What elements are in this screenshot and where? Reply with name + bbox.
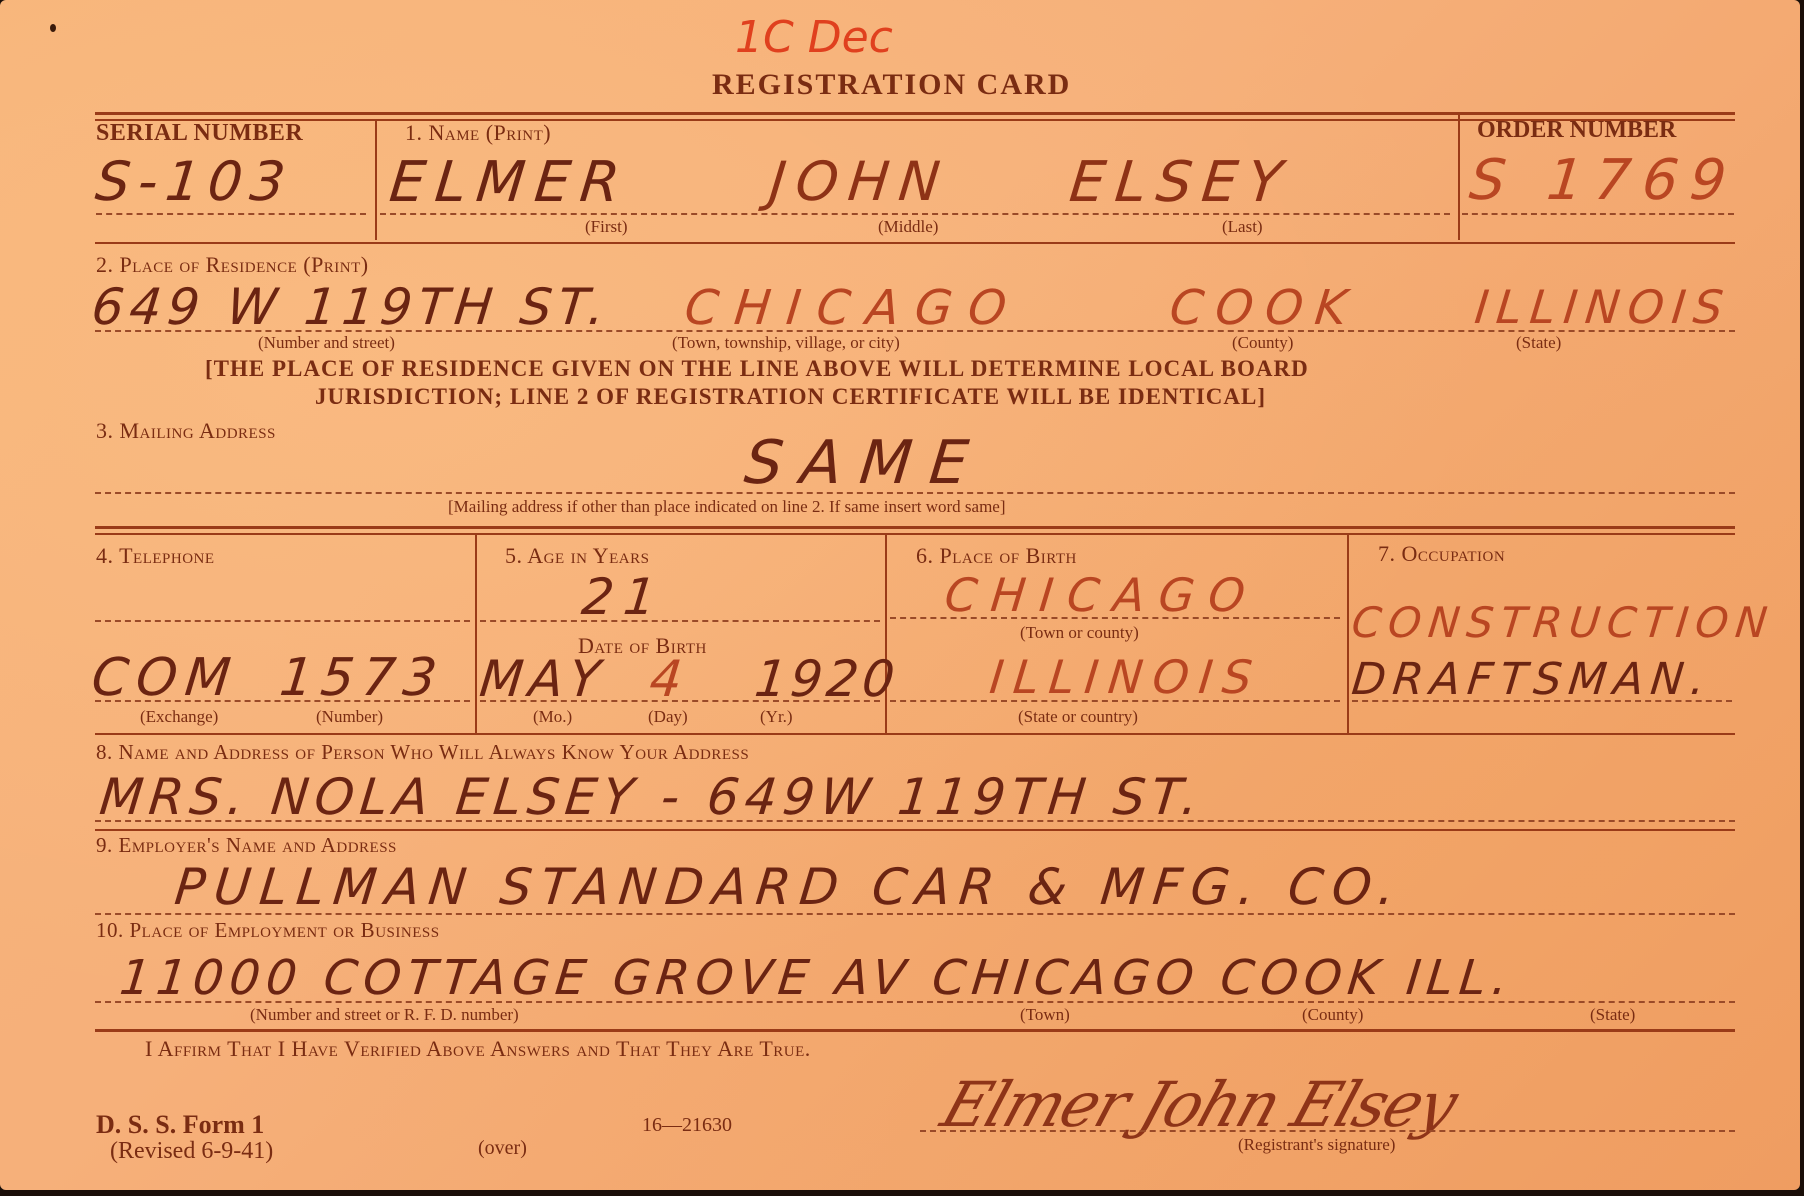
residence-line <box>95 330 1735 332</box>
residence-notice-1: [THE PLACE OF RESIDENCE GIVEN ON THE LIN… <box>205 356 1309 382</box>
employment-sub-town: (Town) <box>1020 1005 1070 1025</box>
telephone-sub-number: (Number) <box>316 707 383 727</box>
contact-bottom-rule <box>95 829 1735 831</box>
print-code: 16—21630 <box>642 1114 732 1137</box>
employment-sub-state: (State) <box>1590 1005 1635 1025</box>
birthplace-sub-state: (State or country) <box>1018 707 1138 727</box>
contact-value: MRS. NOLA ELSEY - 649W 119TH ST. <box>97 768 1207 826</box>
telephone-line-1 <box>95 620 470 622</box>
card-title: REGISTRATION CARD <box>712 68 1071 102</box>
residence-notice-2: JURISDICTION; LINE 2 OF REGISTRATION CER… <box>315 384 1266 410</box>
name-middle: JOHN <box>767 150 953 213</box>
name-line <box>380 213 1450 215</box>
residence-label: 2. Place of Residence (Print) <box>96 252 369 278</box>
residence-sub-county: (County) <box>1232 333 1293 353</box>
age-label: 5. Age in Years <box>505 543 649 569</box>
signature-line <box>920 1130 1735 1132</box>
mailing-note: [Mailing address if other than place ind… <box>448 497 1006 517</box>
employment-sub-county: (County) <box>1302 1005 1363 1025</box>
residence-sub-state: (State) <box>1516 333 1561 353</box>
occupation-label: 7. Occupation <box>1378 541 1505 567</box>
employer-value: PULLMAN STANDARD CAR & MFG. CO. <box>172 858 1407 916</box>
mailing-line <box>95 492 1735 494</box>
name-first: ELMER <box>387 150 633 215</box>
residence-state: ILLINOIS <box>1472 280 1733 334</box>
employer-label: 9. Employer's Name and Address <box>96 833 397 858</box>
birthplace-line-2 <box>890 700 1340 702</box>
occupation-line-1: CONSTRUCTION <box>1349 598 1776 647</box>
dob-sub-day: (Day) <box>648 707 688 727</box>
name-sub-first: (First) <box>585 217 628 237</box>
age-line <box>480 620 880 622</box>
mailing-bottom-rule-2 <box>95 533 1735 535</box>
order-value: S 1769 <box>1467 148 1742 213</box>
telephone-label: 4. Telephone <box>96 543 215 569</box>
dob-sub-year: (Yr.) <box>760 707 793 727</box>
registration-card: 1C Dec REGISTRATION CARD SERIAL NUMBER S… <box>0 0 1800 1190</box>
name-last: ELSEY <box>1067 150 1296 215</box>
residence-county: COOK <box>1167 280 1361 336</box>
birthplace-line-1 <box>890 617 1340 619</box>
occupation-line <box>1352 700 1732 702</box>
mailing-label: 3. Mailing Address <box>96 418 276 444</box>
order-label: ORDER NUMBER <box>1477 117 1676 144</box>
birthplace-sub-town: (Town or county) <box>1020 623 1139 643</box>
name-sub-last: (Last) <box>1222 217 1263 237</box>
top-rule <box>95 112 1735 115</box>
birthplace-state: ILLINOIS <box>987 650 1264 704</box>
order-divider <box>1458 112 1460 240</box>
ink-spot <box>50 24 56 32</box>
birthplace-town: CHICAGO <box>942 568 1261 622</box>
mailing-value: SAME <box>741 428 989 498</box>
age-value: 21 <box>579 568 669 626</box>
residence-sub-town: (Town, township, village, or city) <box>672 333 900 353</box>
date-annotation: 1C Dec <box>735 12 893 63</box>
employer-line <box>95 913 1735 915</box>
serial-line <box>96 213 366 215</box>
residence-town: CHICAGO <box>682 280 1025 336</box>
employment-value: 11000 COTTAGE GROVE AV CHICAGO COOK ILL. <box>117 950 1516 1006</box>
telephone-line-2 <box>95 700 470 702</box>
order-line <box>1462 213 1734 215</box>
over-note: (over) <box>478 1137 527 1160</box>
occupation-line-2: DRAFTSMAN. <box>1349 654 1714 705</box>
telephone-sub-exchange: (Exchange) <box>140 707 218 727</box>
employment-label: 10. Place of Employment or Business <box>96 918 440 943</box>
serial-label: SERIAL NUMBER <box>96 120 303 147</box>
contact-line <box>95 820 1735 822</box>
employment-sub-street: (Number and street or R. F. D. number) <box>250 1005 519 1025</box>
name-sub-middle: (Middle) <box>878 217 938 237</box>
contact-label: 8. Name and Address of Person Who Will A… <box>96 740 749 765</box>
residence-sub-street: (Number and street) <box>258 333 395 353</box>
telephone-exchange: COM <box>89 648 241 708</box>
employment-bottom-rule <box>95 1029 1735 1032</box>
mailing-bottom-rule <box>95 526 1735 529</box>
affirmation-text: I Affirm That I Have Verified Above Answ… <box>145 1036 811 1062</box>
form-number: D. S. S. Form 1 <box>96 1110 264 1140</box>
birthplace-label: 6. Place of Birth <box>916 543 1077 569</box>
employment-line <box>95 1001 1735 1003</box>
serial-divider <box>375 120 377 240</box>
row4-bottom-rule <box>95 733 1735 735</box>
residence-street: 649 W 119TH ST. <box>89 278 613 336</box>
name-label: 1. Name (Print) <box>405 120 551 146</box>
signature-label: (Registrant's signature) <box>1238 1135 1395 1155</box>
form-revised: (Revised 6-9-41) <box>110 1138 273 1165</box>
telephone-number: 1573 <box>277 648 448 708</box>
name-row-bottom-rule <box>95 242 1735 244</box>
dob-line <box>480 700 880 702</box>
serial-value: S-103 <box>93 150 296 213</box>
dob-sub-month: (Mo.) <box>533 707 572 727</box>
